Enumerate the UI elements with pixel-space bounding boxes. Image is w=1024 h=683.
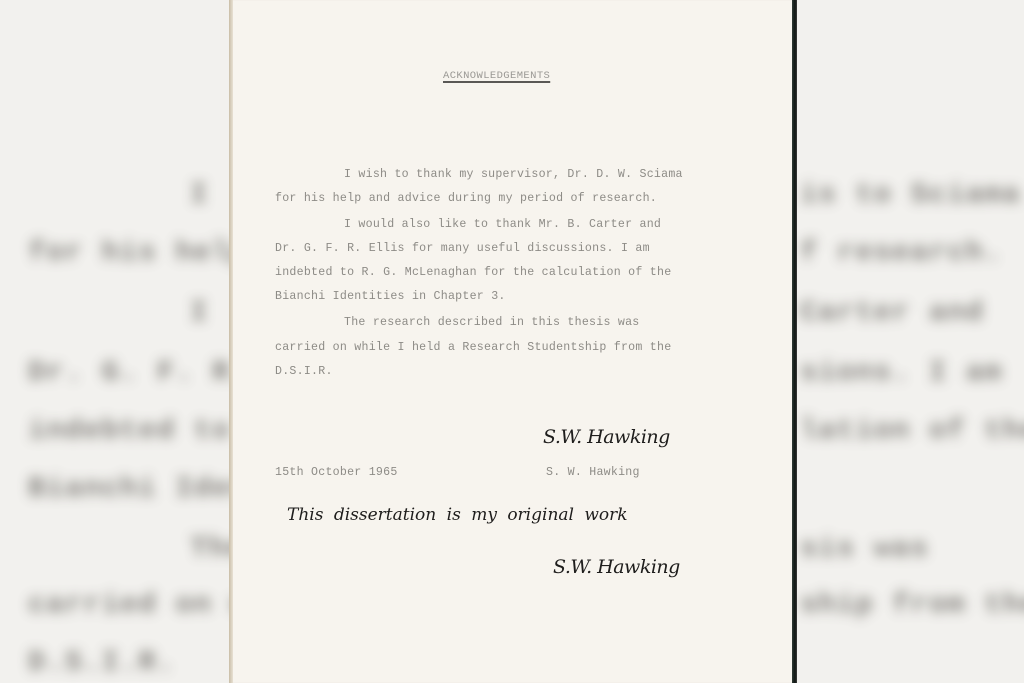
page-title: ACKNOWLEDGEMENTS [443,70,550,82]
handwritten-signature-2: S.W. Hawking [553,556,680,578]
typed-name: S. W. Hawking [546,466,640,479]
paragraph-2-line-3: indebted to R. G. McLenaghan for the cal… [275,266,671,279]
document-photo: I for his help I Dr. G. F. R. El indebte… [0,0,1024,683]
backdrop-line: Bianchi Iden [28,472,249,505]
paragraph-2-line-2: Dr. G. F. R. Ellis for many useful discu… [275,242,650,255]
paragraph-3-line-2: carried on while I held a Research Stude… [275,341,671,354]
backdrop-line: sions. I am [800,356,1002,389]
paragraph-3-line-3: D.S.I.R. [275,365,333,378]
backdrop-line: carried on w [28,588,249,621]
handwritten-signature: S.W. Hawking [543,426,670,448]
paragraph-2-line-4: Bianchi Identities in Chapter 3. [275,290,506,303]
backdrop-line: lation of the [800,414,1024,447]
backdrop-line: I [190,178,208,211]
book-binding-edge [792,0,797,683]
date-text: 15th October 1965 [275,466,398,479]
paragraph-1-line-2: for his help and advice during my period… [275,192,657,205]
backdrop-line: I [190,296,208,329]
paragraph-3-line-1: The research described in this thesis wa… [344,316,640,329]
backdrop-line: indebted to [28,414,230,447]
backdrop-line: D.S.I.R. [28,646,175,679]
paragraph-1-line-1: I wish to thank my supervisor, Dr. D. W.… [344,168,683,181]
handwritten-statement: This dissertation is my original work [287,505,628,525]
backdrop-line: sis was [800,532,929,565]
backdrop-line: ship from the [800,588,1024,621]
paragraph-2-line-1: I would also like to thank Mr. B. Carter… [344,218,661,231]
backdrop-line: is to Sciama [800,178,1021,211]
backdrop-line: Carter and [800,296,984,329]
backdrop-line: for his help [28,236,249,269]
backdrop-line: f research. [800,236,1002,269]
